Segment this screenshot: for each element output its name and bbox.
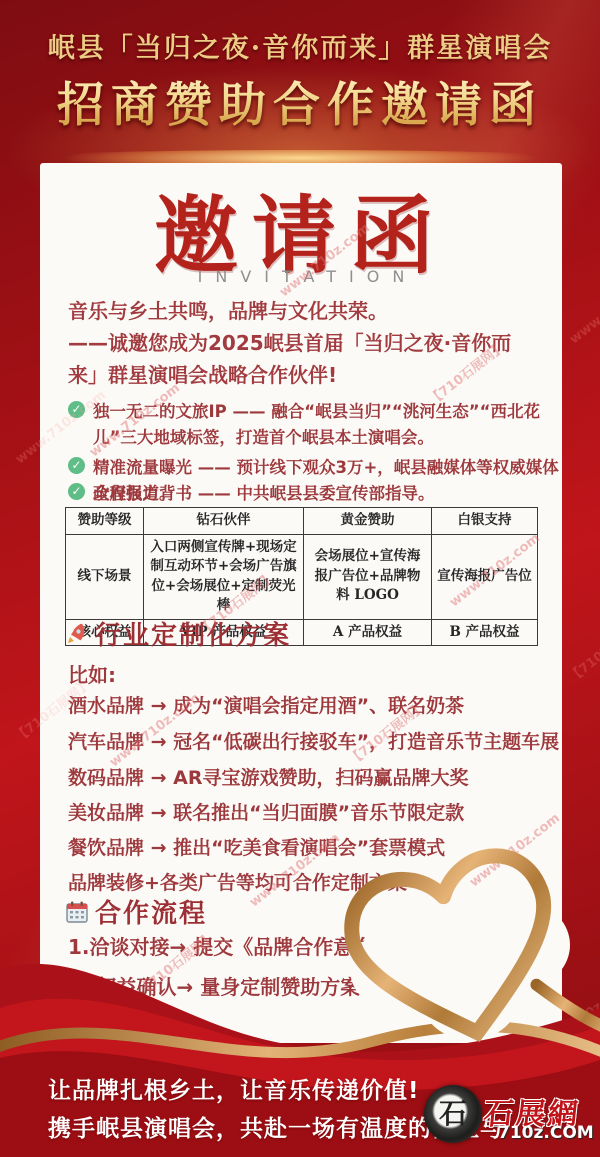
section-title-text: 行业定制化方案 [95, 615, 291, 652]
intro-line: ——诚邀您成为2025岷县首届「当归之夜·音你而来」群星演唱会战略合作伙伴! [68, 327, 540, 391]
highlight-item: ✓ 独一无二的文旅IP —— 融合“岷县当归”“洮河生态”“西北花儿”三大地域标… [68, 399, 571, 450]
calendar-icon [65, 900, 89, 924]
process-section-title: 合作流程 [65, 893, 207, 930]
industry-item: 美妆品牌 → 联名推出“当归面膜”音乐节限定款 [68, 798, 548, 825]
logo-mark: 石 [424, 1092, 482, 1132]
table-header-cell: 赞助等级 [66, 508, 144, 535]
table-cell: 会场展位+宣传海报广告位+品牌物料 LOGO [304, 534, 432, 619]
table-cell: 线下场景 [66, 534, 144, 619]
table-cell: 入口两侧宣传牌+现场定制互动环节+会场广告旗位+会场展位+定制荧光棒 [144, 534, 304, 619]
table-header-cell: 白银支持 [432, 508, 538, 535]
section-title-text: 合作流程 [95, 893, 207, 930]
poster: www.710z.com www.710z.com 【710石展网】 【710石… [0, 0, 600, 1157]
check-icon: ✓ [68, 483, 85, 500]
poster-title: 招商赞助合作邀请函 [0, 68, 600, 135]
table-header-row: 赞助等级 钻石伙伴 黄金赞助 白银支持 [66, 508, 538, 535]
check-icon: ✓ [68, 401, 85, 418]
intro-line: 音乐与乡土共鸣，品牌与文化共荣。 [68, 295, 540, 327]
ink-circle-logo-icon: 石 [424, 1085, 482, 1143]
highlight-text: 政府强力背书 —— 中共岷县县委宣传部指导。 [93, 484, 435, 503]
watermark: www.710z.com [567, 268, 600, 348]
logo-domain: 710z.COM [498, 1123, 594, 1143]
watermark: 【710石展网】 [564, 614, 600, 686]
highlight-item: ✓ 政府强力背书 —— 中共岷县县委宣传部指导。 [68, 481, 571, 507]
industry-item: 酒水品牌 → 成为“演唱会指定用酒”、联名奶茶 [68, 691, 548, 718]
table-header-cell: 黄金赞助 [304, 508, 432, 535]
industry-item: 数码品牌 → AR寻宝游戏赞助，扫码赢品牌大奖 [68, 763, 548, 790]
table-cell: A 产品权益 [304, 619, 432, 646]
site-logo: 石 石展網 710z.COM [424, 1083, 594, 1151]
table-cell: 宣传海报广告位 [432, 534, 538, 619]
table-header-cell: 钻石伙伴 [144, 508, 304, 535]
industry-section-title: 行业定制化方案 [65, 615, 291, 652]
check-icon: ✓ [68, 457, 85, 474]
highlight-text: 独一无二的文旅IP —— 融合“岷县当归”“洮河生态”“西北花儿”三大地域标签，… [93, 402, 540, 447]
industry-item: 汽车品牌 → 冠名“低碳出行接驳车”，打造音乐节主题车展 [68, 727, 548, 754]
table-cell: B 产品权益 [432, 619, 538, 646]
event-title: 岷县「当归之夜·音你而来」群星演唱会 [0, 26, 600, 65]
rocket-icon [65, 622, 89, 646]
table-row: 线下场景 入口两侧宣传牌+现场定制互动环节+会场广告旗位+会场展位+定制荧光棒 … [66, 534, 538, 619]
footer-slogan: 让品牌扎根乡土，让音乐传递价值! [48, 1072, 420, 1105]
industry-lead: 比如: [68, 659, 116, 688]
invitation-subtitle: INVITATION [40, 267, 562, 286]
